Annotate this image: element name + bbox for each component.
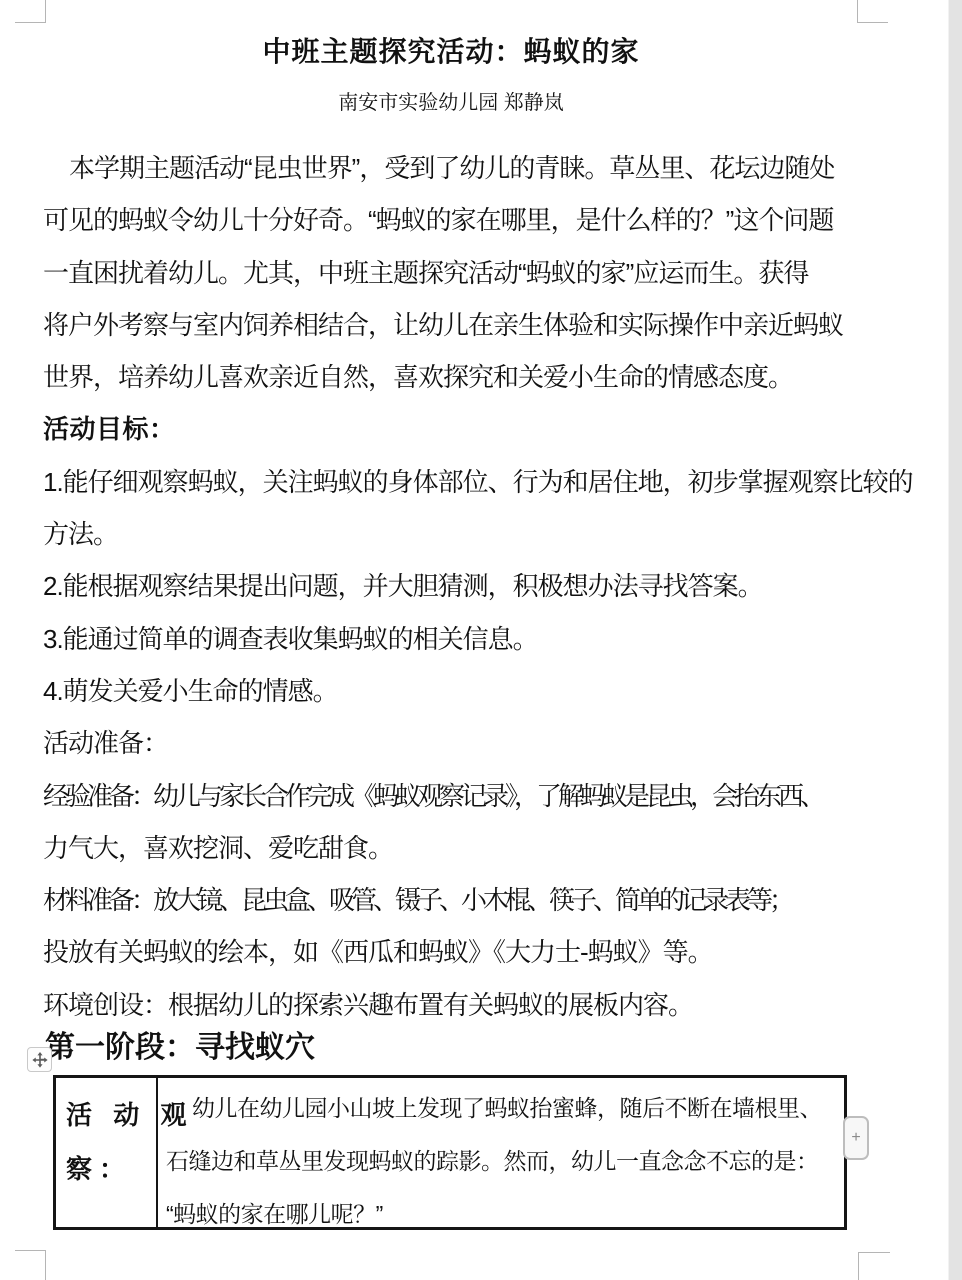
table-content-line: “蚂蚁的家在哪儿呢？” [166, 1188, 844, 1227]
margin-mark-top-left [15, 22, 46, 23]
table-label-cell: 活 动 观 察： [56, 1078, 158, 1227]
document-body: 本学期主题活动“昆虫世界”，受到了幼儿的青睐。草丛里、花坛边随处 可见的蚂蚁令幼… [0, 142, 962, 1031]
body-line: 1.能仔细观察蚂蚁，关注蚂蚁的身体部位、行为和居住地，初步掌握观察比较的 [0, 456, 962, 508]
body-line: 投放有关蚂蚁的绘本，如《西瓜和蚂蚁》《大力士-蚂蚁》等。 [0, 926, 962, 978]
body-line: 经验准备：幼儿与家长合作完成《蚂蚁观察记录》，了解蚂蚁是昆虫，会抬东西、 [0, 770, 962, 822]
table-content-line: 幼儿在幼儿园小山坡上发现了蚂蚁抬蜜蜂，随后不断在墙根里、 [166, 1082, 844, 1135]
table-move-handle[interactable] [27, 1047, 52, 1072]
byline: 南安市实验幼儿园 郑静岚 [45, 86, 857, 115]
stage-heading: 第一阶段：寻找蚁穴 [45, 1026, 315, 1070]
scrollbar-track[interactable] [948, 0, 962, 1280]
margin-mark-bottom-right [858, 1252, 859, 1280]
table-content-cell: 幼儿在幼儿园小山坡上发现了蚂蚁抬蜜蜂，随后不断在墙根里、 石缝边和草丛里发现蚂蚁… [158, 1078, 844, 1227]
observation-table: 活 动 观 察： 幼儿在幼儿园小山坡上发现了蚂蚁抬蜜蜂，随后不断在墙根里、 石缝… [53, 1075, 847, 1230]
body-line: 4.萌发关爱小生命的情感。 [0, 665, 962, 717]
table-add-handle[interactable]: + [843, 1116, 869, 1160]
table-content-line: 石缝边和草丛里发现蚂蚁的踪影。然而，幼儿一直念念不忘的是： [166, 1135, 844, 1188]
body-line: 将户外考察与室内饲养相结合，让幼儿在亲生体验和实际操作中亲近蚂蚁 [0, 299, 962, 351]
body-line: 材料准备：放大镜、昆虫盒、吸管、镊子、小木棍、筷子、简单的记录表等； [0, 874, 962, 926]
plus-icon: + [851, 1130, 860, 1146]
page-title: 中班主题探究活动：蚂蚁的家 [45, 30, 857, 70]
margin-mark-bottom-right [858, 1252, 890, 1253]
body-line: 一直困扰着幼儿。尤其，中班主题探究活动“蚂蚁的家”应运而生。获得 [0, 247, 962, 299]
document-page: 中班主题探究活动：蚂蚁的家 南安市实验幼儿园 郑静岚 本学期主题活动“昆虫世界”… [0, 0, 962, 1280]
body-line: 可见的蚂蚁令幼儿十分好奇。“蚂蚁的家在哪里，是什么样的？”这个问题 [0, 194, 962, 246]
body-line: 本学期主题活动“昆虫世界”，受到了幼儿的青睐。草丛里、花坛边随处 [0, 142, 962, 194]
table-label-line: 察： [66, 1142, 156, 1196]
table-label-line: 活 动 观 [66, 1088, 156, 1142]
body-line: 环境创设：根据幼儿的探索兴趣布置有关蚂蚁的展板内容。 [0, 979, 962, 1031]
margin-mark-bottom-left [45, 1250, 46, 1280]
margin-mark-top-right [857, 0, 858, 22]
move-cross-icon [32, 1052, 48, 1068]
margin-mark-bottom-left [15, 1250, 46, 1251]
body-line: 2.能根据观察结果提出问题，并大胆猜测，积极想办法寻找答案。 [0, 560, 962, 612]
margin-mark-top-right [857, 22, 888, 23]
margin-mark-top-left [45, 0, 46, 22]
body-line: 3.能通过简单的调查表收集蚂蚁的相关信息。 [0, 613, 962, 665]
section-heading-goals: 活动目标： [0, 403, 962, 455]
section-heading-preparation: 活动准备： [0, 717, 962, 769]
body-line: 力气大，喜欢挖洞、爱吃甜食。 [0, 822, 962, 874]
body-line: 方法。 [0, 508, 962, 560]
body-line: 世界，培养幼儿喜欢亲近自然，喜欢探究和关爱小生命的情感态度。 [0, 351, 962, 403]
